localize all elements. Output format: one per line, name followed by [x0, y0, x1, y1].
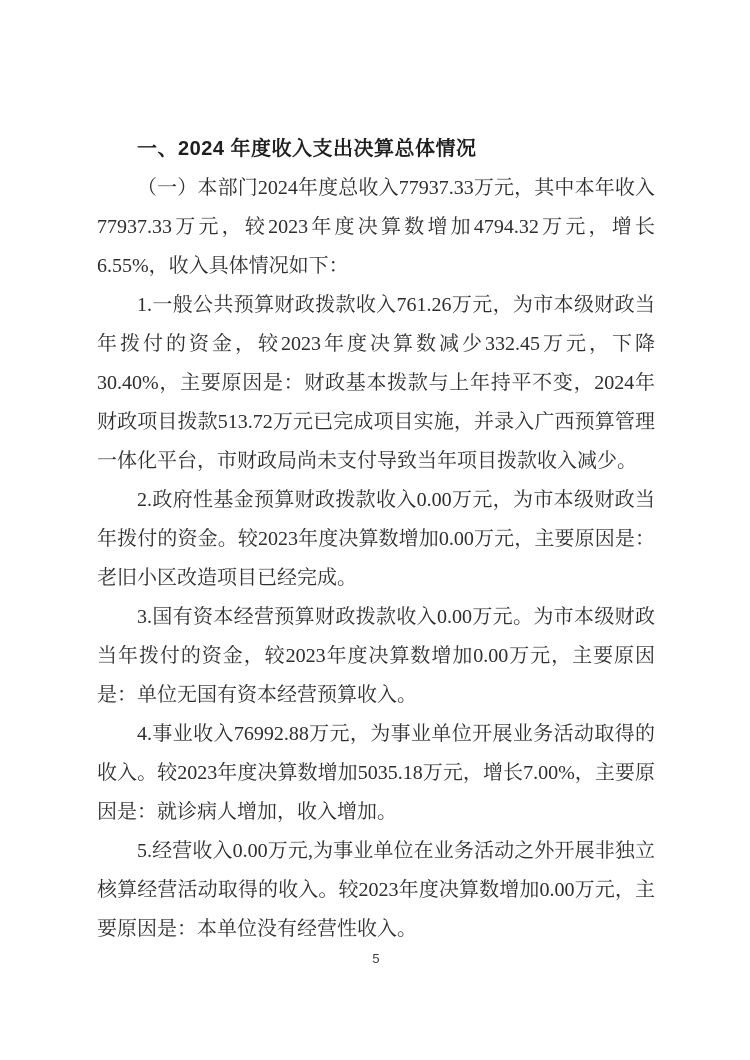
- page-number: 5: [97, 951, 655, 967]
- document-content: 一、2024 年度收入支出决算总体情况 （一）本部门2024年度总收入77937…: [97, 130, 655, 967]
- paragraph-government-fund-income: 2.政府性基金预算财政拨款收入0.00万元，为市本级财政当年拨付的资金。较202…: [97, 481, 655, 598]
- paragraph-state-capital-income: 3.国有资本经营预算财政拨款收入0.00万元。为市本级财政当年拨付的资金，较20…: [97, 598, 655, 715]
- section-heading: 一、2024 年度收入支出决算总体情况: [97, 130, 655, 169]
- paragraph-operating-income: 5.经营收入0.00万元,为事业单位在业务活动之外开展非独立核算经营活动取得的收…: [97, 832, 655, 949]
- document-page: 一、2024 年度收入支出决算总体情况 （一）本部门2024年度总收入77937…: [0, 0, 750, 1060]
- paragraph-general-public-budget-income: 1.一般公共预算财政拨款收入761.26万元，为市本级财政当年拨付的资金，较20…: [97, 286, 655, 481]
- paragraph-overview: （一）本部门2024年度总收入77937.33万元，其中本年收入77937.33…: [97, 169, 655, 286]
- paragraph-institutional-income: 4.事业收入76992.88万元，为事业单位开展业务活动取得的收入。较2023年…: [97, 715, 655, 832]
